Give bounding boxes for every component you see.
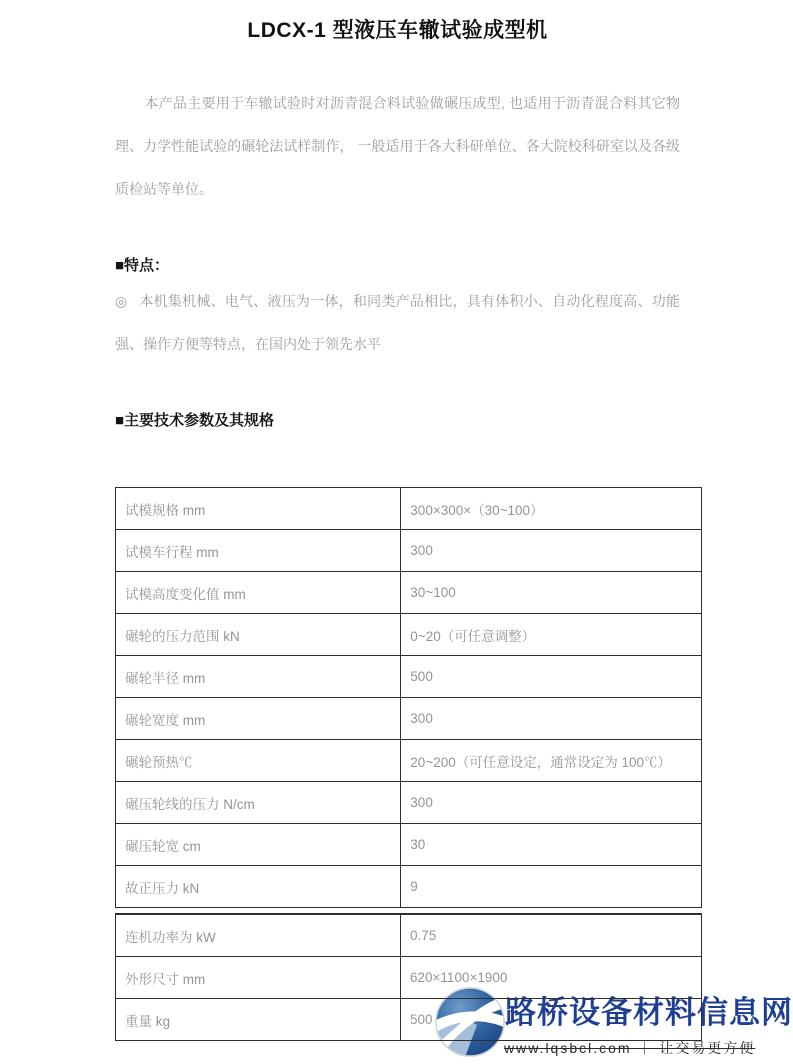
spec-value-cell: 300×300×（30~100） — [401, 488, 702, 530]
spec-value-cell: 30 — [401, 824, 702, 866]
watermark-tagline: www.lqsbcl.com ｜ 让交易更方便 — [504, 1039, 755, 1057]
table-row: 外形尺寸 mm 620×1100×1900 — [116, 957, 702, 999]
spec-value-cell: 300 — [401, 698, 702, 740]
spec-label-cell: 碾轮宽度 mm — [116, 698, 401, 740]
spec-label-cell: 碾轮半径 mm — [116, 656, 401, 698]
spec-value-cell: 0.75 — [401, 914, 702, 957]
spec-value-cell: 30~100 — [401, 572, 702, 614]
spec-label-cell: 碾轮的压力范围 kN — [116, 614, 401, 656]
spec-table-secondary: 连机功率为 kW 0.75 外形尺寸 mm 620×1100×1900 重量 k… — [115, 913, 702, 1041]
spec-value-cell: 620×1100×1900 — [401, 957, 702, 999]
spec-label-cell: 试模车行程 mm — [116, 530, 401, 572]
spec-label-cell: 碾压轮线的压力 N/cm — [116, 782, 401, 824]
table-row: 试模高度变化值 mm 30~100 — [116, 572, 702, 614]
table-row: 碾轮半径 mm 500 — [116, 656, 702, 698]
table-row: 碾轮宽度 mm 300 — [116, 698, 702, 740]
table-row: 试模规格 mm 300×300×（30~100） — [116, 488, 702, 530]
page-title: LDCX-1 型液压车辙试验成型机 — [115, 18, 680, 44]
table-row: 连机功率为 kW 0.75 — [116, 914, 702, 957]
spec-label-cell: 试模规格 mm — [116, 488, 401, 530]
spec-label-cell: 试模高度变化值 mm — [116, 572, 401, 614]
spec-value-cell: 500 — [401, 656, 702, 698]
spec-table-primary: 试模规格 mm 300×300×（30~100） 试模车行程 mm 300 试模… — [115, 487, 702, 908]
features-heading: ■特点： — [115, 256, 680, 276]
table-row: 碾轮的压力范围 kN 0~20（可任意调整） — [116, 614, 702, 656]
spec-value-cell: 300 — [401, 782, 702, 824]
spec-value-cell: 9 — [401, 866, 702, 908]
spec-label-cell: 外形尺寸 mm — [116, 957, 401, 999]
table-row: 试模车行程 mm 300 — [116, 530, 702, 572]
spec-label-cell: 重量 kg — [116, 999, 401, 1041]
spec-value-cell: 20~200（可任意设定，通常设定为 100℃） — [401, 740, 702, 782]
spec-label-cell: 连机功率为 kW — [116, 914, 401, 957]
table-row: 碾压轮宽 cm 30 — [116, 824, 702, 866]
spec-label-cell: 故正压力 kN — [116, 866, 401, 908]
features-paragraph: ◎本机集机械、电气、液压为一体，和同类产品相比，具有体积小、自动化程度高、功能强… — [115, 280, 680, 366]
spec-value-cell: 300 — [401, 530, 702, 572]
table-row: 重量 kg 500 — [116, 999, 702, 1041]
table-row: 碾压轮线的压力 N/cm 300 — [116, 782, 702, 824]
spec-value-cell: 500 — [401, 999, 702, 1041]
document-body: LDCX-1 型液压车辙试验成型机 本产品主要用于车辙试验时对沥青混合料试验做碾… — [115, 18, 680, 1041]
spec-label-cell: 碾轮预热℃ — [116, 740, 401, 782]
spec-value-cell: 0~20（可任意调整） — [401, 614, 702, 656]
spec-label-cell: 碾压轮宽 cm — [116, 824, 401, 866]
specs-heading: ■主要技术参数及其规格 — [115, 411, 680, 431]
feature-text: 本机集机械、电气、液压为一体，和同类产品相比，具有体积小、自动化程度高、功能强、… — [115, 293, 680, 352]
table-row: 故正压力 kN 9 — [116, 866, 702, 908]
feature-bullet-icon: ◎ — [115, 293, 127, 309]
table-row: 碾轮预热℃ 20~200（可任意设定，通常设定为 100℃） — [116, 740, 702, 782]
intro-paragraph: 本产品主要用于车辙试验时对沥青混合料试验做碾压成型, 也适用于沥青混合料其它物理… — [115, 82, 680, 211]
